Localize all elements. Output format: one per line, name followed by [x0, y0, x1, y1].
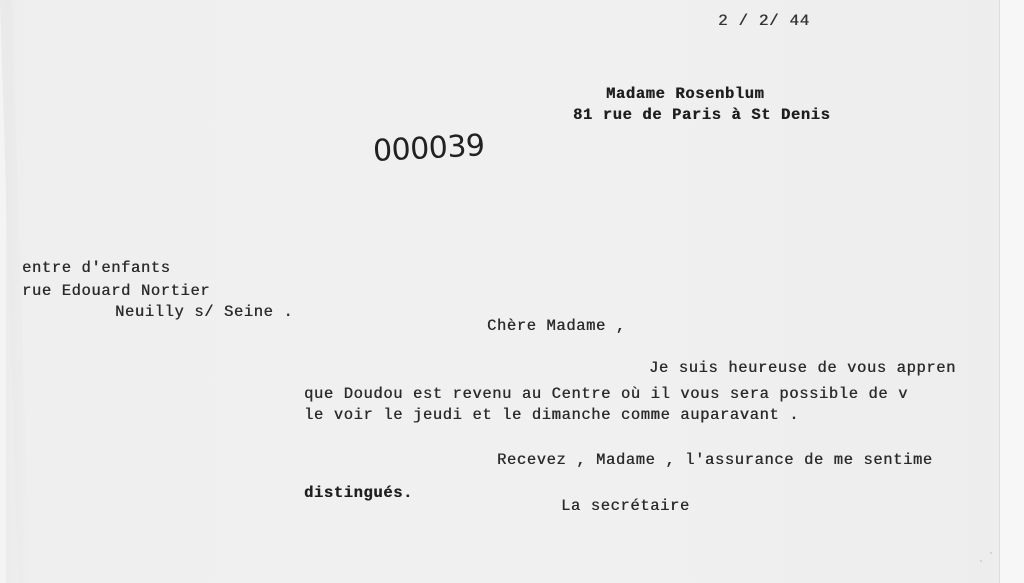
letter-date: 2 / 2/ 44	[718, 12, 810, 30]
closing-line-2: distingués.	[304, 484, 413, 502]
salutation: Chère Madame ,	[487, 317, 626, 335]
recipient-address: 81 rue de Paris à St Denis	[573, 106, 830, 124]
sender-line-3: Neuilly s/ Seine .	[115, 303, 293, 321]
closing-line-1: Recevez , Madame , l'assurance de me sen…	[497, 451, 933, 469]
body-line-1: Je suis heureuse de vous appren	[649, 359, 956, 377]
body-line-3: le voir le jeudi et le dimanche comme au…	[304, 406, 799, 424]
signature-line: La secrétaire	[561, 497, 690, 515]
recipient-name: Madame Rosenblum	[606, 85, 764, 103]
sender-line-2: rue Edouard Nortier	[22, 282, 210, 300]
reference-number-stamp: 000039	[372, 128, 485, 169]
paper-right-edge	[999, 0, 1024, 583]
sender-line-1: entre d'enfants	[22, 259, 171, 277]
scanned-document: 2 / 2/ 44 Madame Rosenblum 81 rue de Par…	[0, 0, 1024, 583]
body-line-2: que Doudou est revenu au Centre où il vo…	[304, 385, 908, 403]
paper-speck	[990, 552, 992, 554]
paper-speck	[980, 560, 982, 562]
